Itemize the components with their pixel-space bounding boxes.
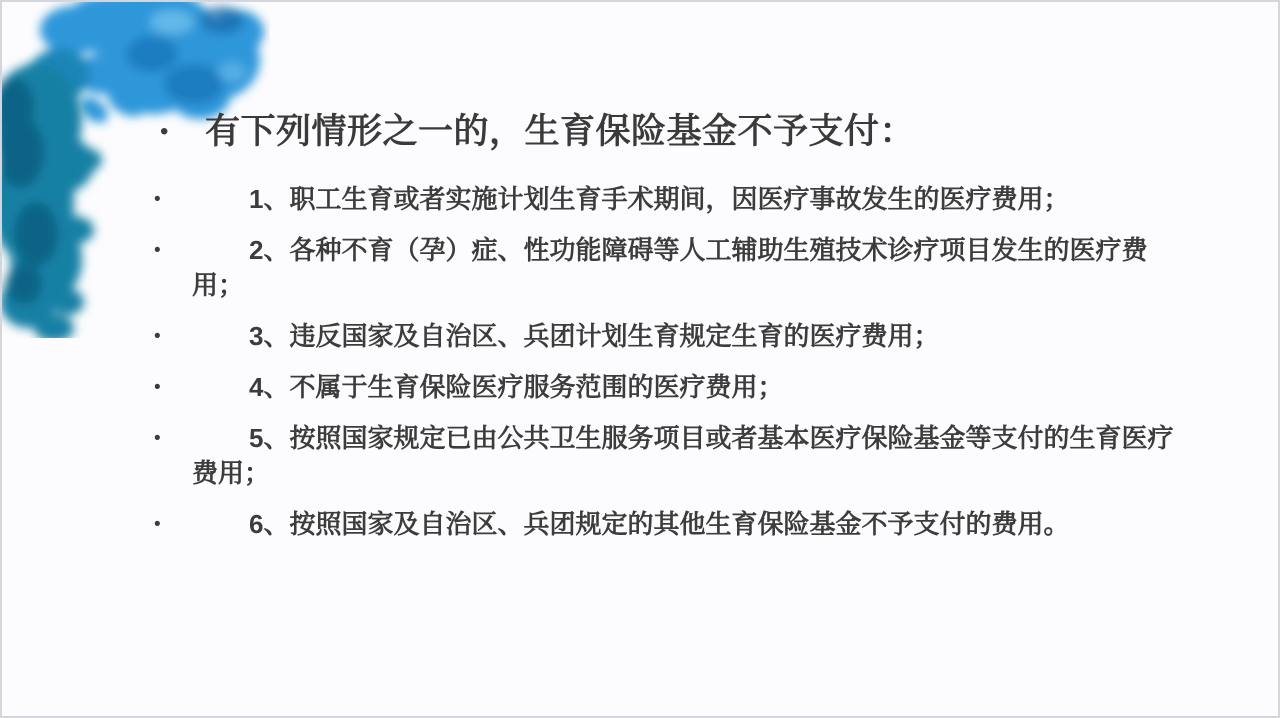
list-item: • 4、不属于生育保险医疗服务范围的医疗费用； xyxy=(154,370,1278,405)
list-bullet: • xyxy=(154,507,192,542)
presentation-slide: • 有下列情形之一的，生育保险基金不予支付： • 1、职工生育或者实施计划生育手… xyxy=(0,0,1280,718)
list-bullet: • xyxy=(154,421,192,456)
list-item: • 1、职工生育或者实施计划生育手术期间，因医疗事故发生的医疗费用； xyxy=(154,182,1278,217)
list-item-text: 2、各种不育（孕）症、性功能障碍等人工辅助生殖技术诊疗项目发生的医疗费用； xyxy=(192,233,1192,303)
slide-content: • 有下列情形之一的，生育保险基金不予支付： • 1、职工生育或者实施计划生育手… xyxy=(2,110,1278,558)
list-item-text: 1、职工生育或者实施计划生育手术期间，因医疗事故发生的医疗费用； xyxy=(192,182,1069,217)
list-item: • 3、违反国家及自治区、兵团计划生育规定生育的医疗费用； xyxy=(154,319,1278,354)
list-bullet: • xyxy=(154,319,192,354)
title-bullet: • xyxy=(160,110,205,154)
list-bullet: • xyxy=(154,182,192,217)
list-item: • 6、按照国家及自治区、兵团规定的其他生育保险基金不予支付的费用。 xyxy=(154,507,1278,542)
list-item-text: 6、按照国家及自治区、兵团规定的其他生育保险基金不予支付的费用。 xyxy=(192,507,1069,542)
list-item-text: 5、按照国家规定已由公共卫生服务项目或者基本医疗保险基金等支付的生育医疗费用； xyxy=(192,421,1192,491)
list-item-text: 4、不属于生育保险医疗服务范围的医疗费用； xyxy=(192,370,783,405)
title-row: • 有下列情形之一的，生育保险基金不予支付： xyxy=(160,110,1278,154)
list-item-text: 3、违反国家及自治区、兵团计划生育规定生育的医疗费用； xyxy=(192,319,939,354)
list-item: • 5、按照国家规定已由公共卫生服务项目或者基本医疗保险基金等支付的生育医疗费用… xyxy=(154,421,1278,491)
bullet-list: • 1、职工生育或者实施计划生育手术期间，因医疗事故发生的医疗费用； • 2、各… xyxy=(154,182,1278,542)
slide-title: 有下列情形之一的，生育保险基金不予支付： xyxy=(205,110,915,154)
list-item: • 2、各种不育（孕）症、性功能障碍等人工辅助生殖技术诊疗项目发生的医疗费用； xyxy=(154,233,1278,303)
list-bullet: • xyxy=(154,233,192,268)
list-bullet: • xyxy=(154,370,192,405)
